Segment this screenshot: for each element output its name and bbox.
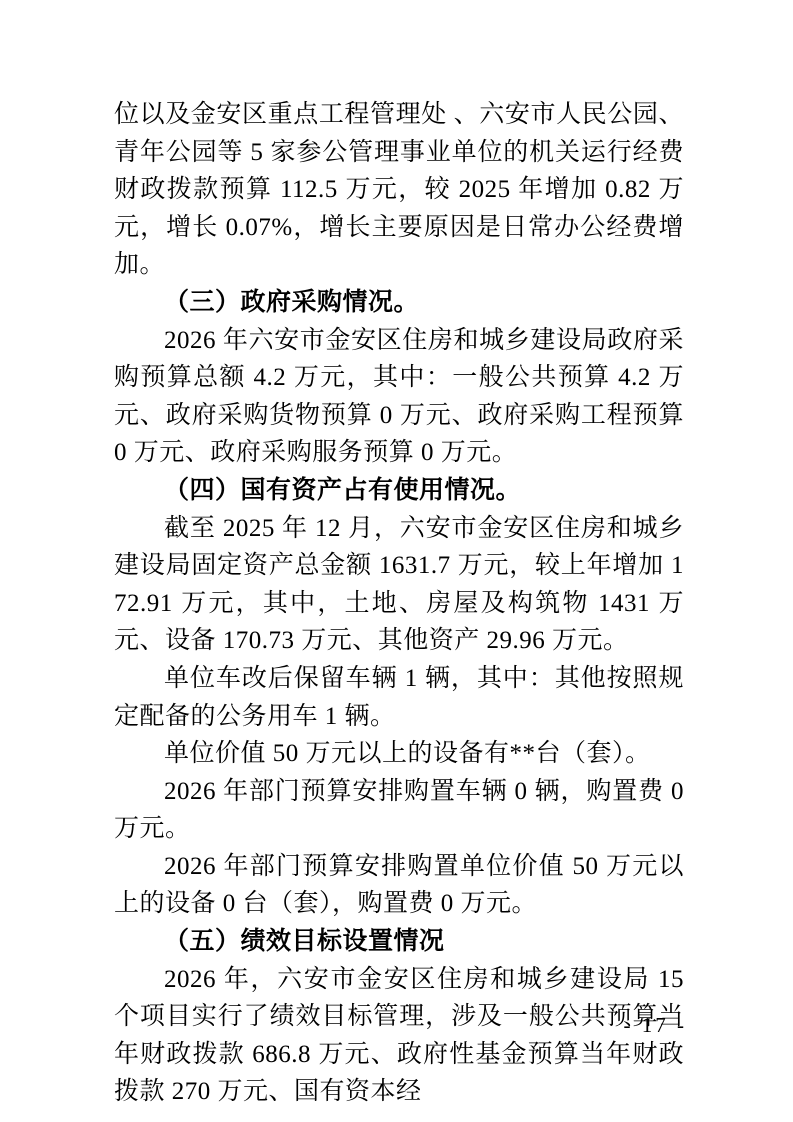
paragraph-equipment-purchase-plan: 2026 年部门预算安排购置单位价值 50 万元以上的设备 0 台（套），购置费…: [114, 848, 684, 923]
paragraph-retained-vehicles: 单位车改后保留车辆 1 辆，其中：其他按照规定配备的公务用车 1 辆。: [114, 660, 684, 735]
section-heading-government-procurement: （三）政府采购情况。: [114, 284, 684, 322]
paragraph-continued-from-previous-page: 位以及金安区重点工程管理处 、六安市人民公园、青年公园等 5 家参公管理事业单位…: [114, 96, 684, 284]
document-body: 位以及金安区重点工程管理处 、六安市人民公园、青年公园等 5 家参公管理事业单位…: [114, 96, 684, 1111]
paragraph-fixed-assets: 截至 2025 年 12 月，六安市金安区住房和城乡建设局固定资产总金额 163…: [114, 510, 684, 660]
page-number: - 17 -: [624, 1013, 688, 1038]
section-heading-performance-targets: （五）绩效目标设置情况: [114, 923, 684, 961]
document-page: 位以及金安区重点工程管理处 、六安市人民公园、青年公园等 5 家参公管理事业单位…: [0, 0, 793, 1122]
paragraph-procurement-budget: 2026 年六安市金安区住房和城乡建设局政府采购预算总额 4.2 万元，其中：一…: [114, 322, 684, 472]
paragraph-vehicle-purchase-plan: 2026 年部门预算安排购置车辆 0 辆，购置费 0 万元。: [114, 773, 684, 848]
paragraph-equipment-over-500k: 单位价值 50 万元以上的设备有**台（套）。: [114, 735, 684, 773]
paragraph-performance-target-budget: 2026 年，六安市金安区住房和城乡建设局 15 个项目实行了绩效目标管理，涉及…: [114, 961, 684, 1111]
section-heading-state-owned-assets: （四）国有资产占有使用情况。: [114, 472, 684, 510]
